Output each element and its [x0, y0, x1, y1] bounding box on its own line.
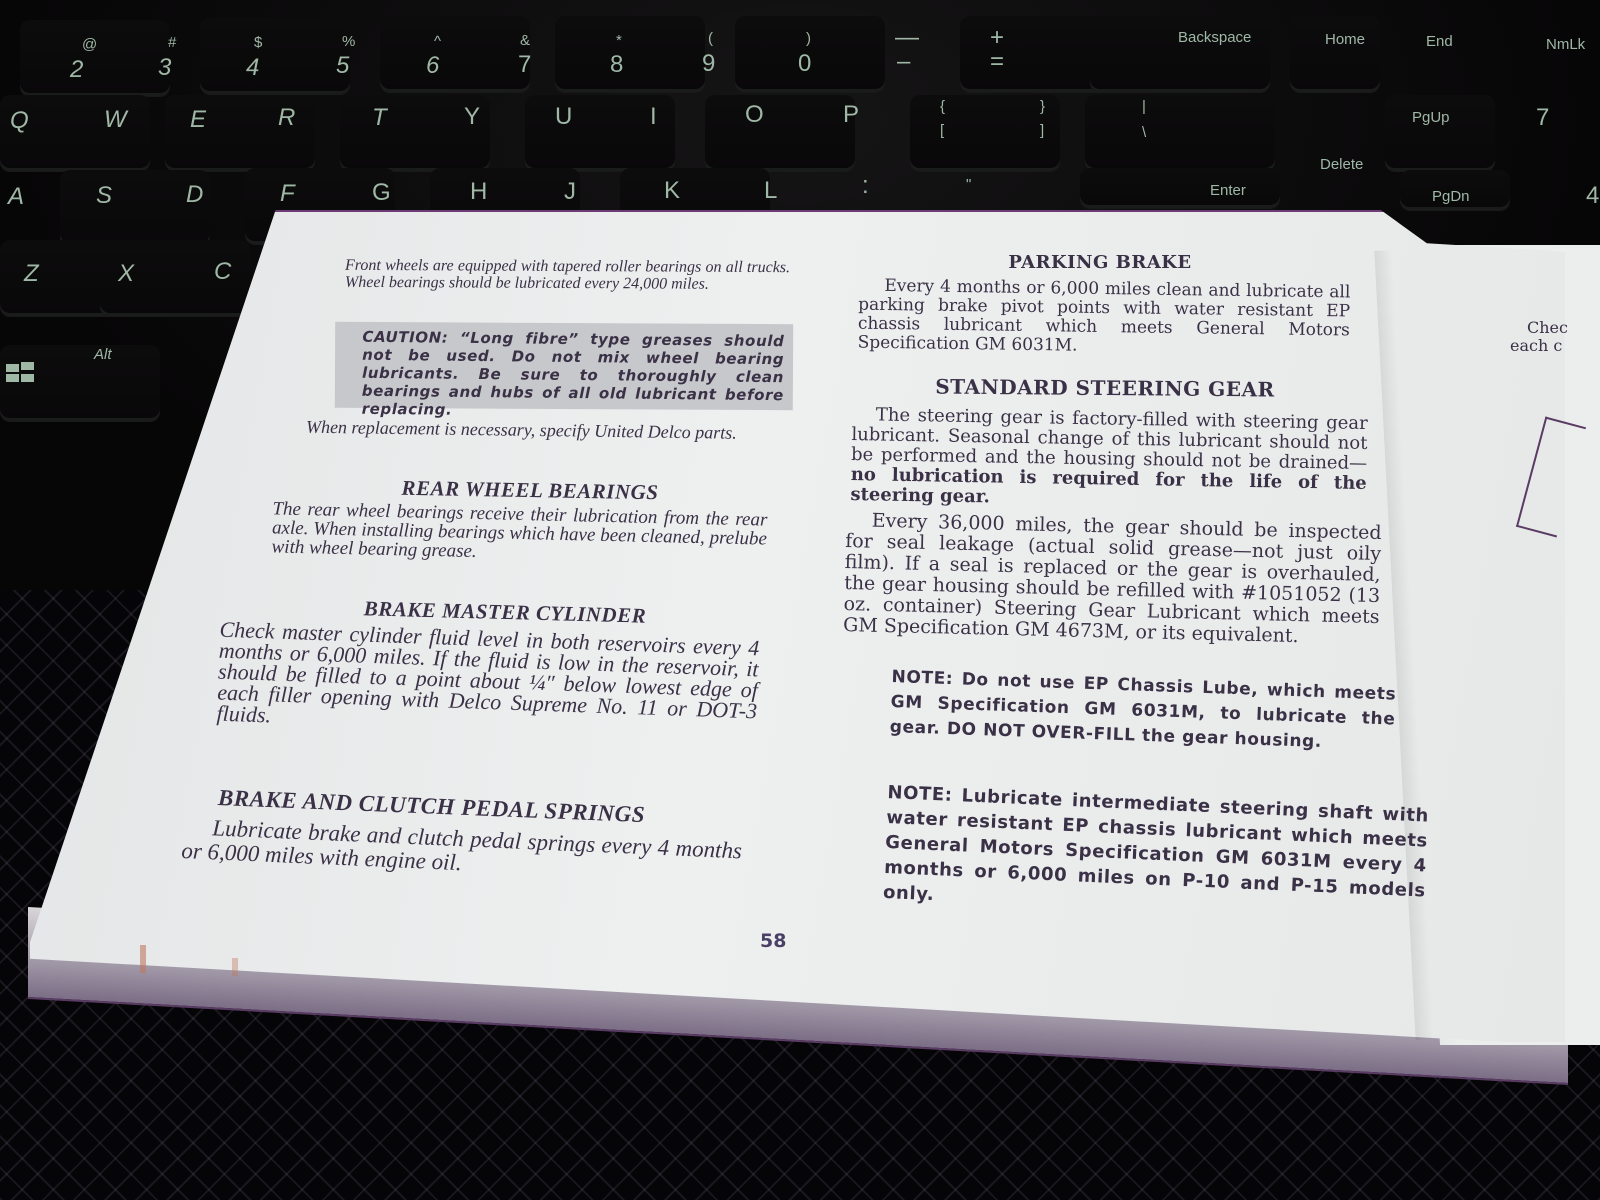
facing-page-text: each c [1510, 336, 1562, 355]
section-heading: REAR WHEEL BEARINGS [390, 476, 670, 506]
section-heading: PARKING BRAKE [1000, 252, 1200, 273]
front-wheels-paragraph: Front wheels are equipped with tapered r… [345, 257, 790, 293]
section-heading: STANDARD STEERING GEAR [930, 374, 1280, 401]
section-body: Every 4 months or 6,000 miles clean and … [857, 277, 1350, 360]
page-number: 58 [760, 930, 786, 952]
page-text: Front wheels are equipped with tapered r… [0, 0, 1600, 1200]
steering-inspection-paragraph: Every 36,000 miles, the gear should be i… [843, 510, 1382, 649]
facing-page-illustration [1516, 417, 1586, 538]
replacement-paragraph: When replacement is necessary, specify U… [306, 419, 776, 443]
facing-page-text: Chec [1527, 318, 1568, 337]
section-body: The rear wheel bearings receive their lu… [271, 499, 767, 567]
caution-text: CAUTION: “Long fibre” type greases shoul… [362, 328, 785, 422]
note-text: NOTE: Do not use EP Chassis Lube, which … [889, 665, 1396, 758]
note-text: NOTE: Lubricate intermediate steering sh… [883, 780, 1430, 929]
steering-intro: The steering gear is factory-filled with… [851, 404, 1368, 474]
section-body: The steering gear is factory-filled with… [850, 405, 1368, 514]
section-body: Check master cylinder fluid level in bot… [216, 619, 759, 743]
